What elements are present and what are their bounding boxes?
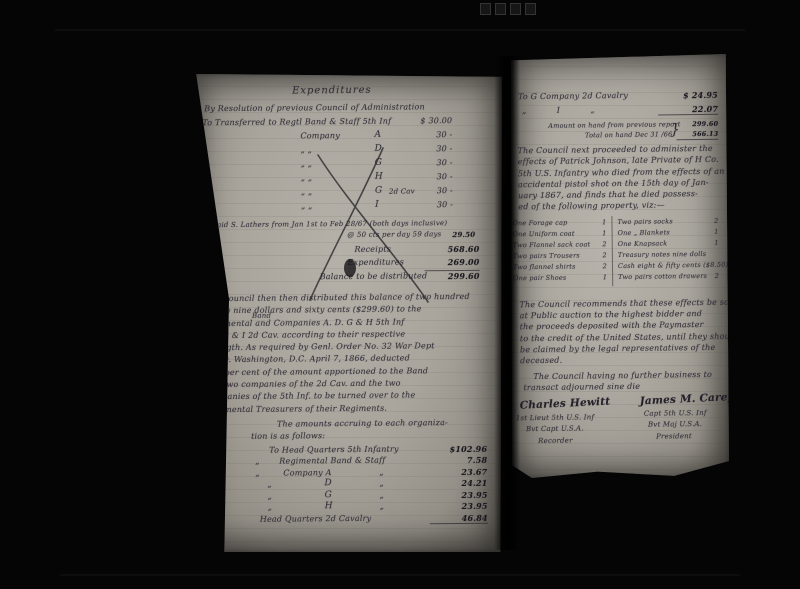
signature-rank: 1st Lieut 5th U.S. Inf (516, 414, 594, 422)
signature-name: Charles Hewitt (519, 397, 610, 412)
row-pre: „ (268, 504, 272, 512)
row-pre: „ „ (301, 160, 313, 168)
row-amount: $102.96 (429, 445, 487, 454)
film-sprocket-marks (480, 3, 536, 15)
film-frame-mark-icon (495, 3, 506, 15)
signature-name: James M. Carey (639, 392, 734, 407)
intro-line: By Resolution of previous Council of Adm… (204, 103, 425, 113)
inventory-qty: 1 (706, 229, 719, 236)
ledger-row: „ „ G 2d Cav 30 - (188, 73, 500, 76)
administration-paragraph: The Council next proceeded to administer… (518, 145, 721, 215)
inventory-qty: 2 (705, 218, 718, 225)
inventory-item: One pair Shoes (513, 275, 566, 282)
row-label: To Head Quarters 5th Infantry (269, 446, 399, 455)
film-frame-edge-bottom (60, 574, 740, 576)
inventory-divider-line (611, 216, 613, 286)
inventory-item: One Uniform coat (513, 231, 575, 238)
inventory-item: Two flannel shirts (513, 264, 576, 271)
row-pre: „ (255, 470, 259, 478)
film-frame-mark-icon (510, 3, 521, 15)
row-amount: $ 30.00 (388, 117, 452, 126)
ledger-row: „ „ I 30 - (188, 73, 500, 76)
row-amount: 30 - (401, 201, 453, 209)
inventory-item: Two pairs cotton drawers (618, 273, 707, 281)
row-label: Total on hand Dec 31 /66 (548, 131, 672, 139)
row-pre: „ (255, 458, 259, 466)
row-label: Amount on hand from previous report (548, 121, 672, 129)
ledger-row: „ I „ 22.07 (507, 53, 726, 56)
signature-title: President (656, 433, 692, 440)
inventory-row: Two Flannel sack coat 2 One Knapsack 1 (507, 53, 726, 56)
adjournment-line: The Council having no further business t… (533, 371, 712, 381)
accruing-intro-line: The amounts accruing to each organiza- (277, 419, 448, 428)
inventory-qty: 1 (593, 219, 606, 226)
signature-brevet: Bvt Capt U.S.A. (526, 425, 584, 433)
row-amount: 29.50 (421, 231, 475, 238)
row-post: „ (380, 492, 384, 500)
row-label: To G Company 2d Cavalry (518, 92, 628, 101)
inventory-row: One pair Shoes 1 Two pairs cotton drawer… (507, 53, 726, 56)
ledger-row: To G Company 2d Cavalry $ 24.95 (507, 53, 726, 56)
company-letter: G (375, 159, 382, 168)
ledger-page-right: To G Company 2d Cavalry $ 24.95 „ I „ 22… (510, 54, 729, 478)
inventory-row: One Uniform coat 1 One „ Blankets 1 (507, 53, 726, 56)
accruing-row: „ H „ 23.95 (188, 73, 500, 76)
accruing-row: „ Regimental Band & Staff 7.58 (188, 73, 500, 76)
row-amount: 566.13 (676, 131, 718, 140)
row-post: „ (380, 503, 384, 511)
book-gutter-shadow (494, 56, 520, 550)
balance-row: Amount on hand from previous report 299.… (507, 53, 726, 56)
ledger-row: „ „ H 30 - (188, 73, 500, 76)
row-label: „ I „ (522, 106, 609, 115)
brace-glyph: } (670, 122, 680, 137)
company-letter: H (325, 502, 333, 511)
inventory-item: One „ Blankets (618, 229, 670, 236)
row-amount: 22.07 (658, 105, 718, 116)
row-amount: 30 - (401, 187, 453, 195)
row-label: Expenditures (348, 258, 405, 266)
adjournment-line: transact adjourned sine die (523, 383, 640, 392)
inventory-item: Treasury notes nine dolls (618, 251, 707, 259)
company-letter: G (375, 187, 382, 196)
accruing-row: Head Quarters 2d Cavalry 46.84 (188, 73, 500, 76)
ledger-page-left: Expenditures By Resolution of previous C… (190, 74, 502, 552)
paragraph-line: deceased. (520, 355, 722, 369)
row-amount: 23.95 (430, 502, 488, 511)
row-pre: „ „ (301, 202, 313, 210)
accruing-row: To Head Quarters 5th Infantry $102.96 (188, 73, 500, 76)
ledger-row: „ „ G 30 - (188, 73, 500, 76)
row-pre: „ „ (301, 174, 313, 182)
company-letter: D (324, 479, 332, 488)
paragraph-line: Regimental Treasurers of their Regiments… (205, 403, 495, 418)
company-letter: A (374, 131, 381, 140)
inventory-item: Two Flannel sack coat (513, 241, 591, 248)
accruing-intro-line: tion is as follows: (251, 432, 325, 441)
accruing-row: „ D „ 24.21 (188, 73, 500, 76)
inventory-row: Two pairs Trousers 2 Treasury notes nine… (507, 53, 726, 56)
section-heading: Expenditures (292, 86, 372, 97)
row-amount: 7.58 (429, 456, 487, 465)
row-pre: „ „ (301, 188, 313, 196)
row-amount: 23.67 (429, 468, 487, 477)
row-label: Company A (283, 469, 331, 477)
ledger-row: Company A 30 - (188, 73, 500, 76)
inventory-qty: 2 (594, 252, 607, 259)
row-amount: 23.95 (430, 491, 488, 500)
summary-row: Expenditures 269.00 (188, 73, 500, 76)
ledger-row: @ 50 cts per day 59 days 29.50 (188, 73, 500, 76)
inventory-item: One Knapsack (618, 240, 668, 247)
signature-brevet: Bvt Maj U.S.A. (648, 421, 702, 429)
row-amount: 46.84 (430, 514, 488, 525)
company-letter: G (325, 491, 332, 500)
inventory-row: Two flannel shirts 2 Cash eight & fifty … (507, 53, 726, 56)
inventory-qty: 1 (594, 274, 607, 281)
inventory-qty: 2 (706, 273, 719, 280)
ledger-row: „ „ D 30 - (188, 73, 500, 76)
inserted-word: Band (252, 313, 271, 320)
inventory-item: One Forage cap (512, 220, 567, 227)
inventory-row: One Forage cap 1 Two pairs socks 2 (507, 53, 726, 56)
signature-title: Recorder (538, 438, 573, 445)
row-label: Regimental Band & Staff (279, 457, 385, 466)
signature-block-recorder: Charles Hewitt 1st Lieut 5th U.S. Inf Bv… (507, 53, 726, 56)
balance-row: Total on hand Dec 31 /66 566.13 (507, 53, 726, 56)
inventory-qty: 2 (594, 263, 607, 270)
row-amount: 30 - (401, 145, 453, 153)
company-letter: I (375, 201, 379, 210)
distribution-paragraph: The Council then then distributed this b… (204, 293, 495, 418)
row-label: Head Quarters 2d Cavalry (260, 515, 372, 524)
company-letter: H (375, 173, 383, 182)
row-pre: „ (267, 481, 271, 489)
paid-line: To paid S. Lathers from Jan 1st to Feb 2… (201, 220, 447, 229)
inventory-item: Cash eight & fifty cents ($8.50) (618, 262, 728, 270)
row-label: To Transferred to Regtl Band & Staff 5th… (202, 118, 391, 128)
row-pre: „ „ (301, 146, 313, 154)
film-scan-stage: Expenditures By Resolution of previous C… (0, 0, 800, 589)
company-letter: D (375, 145, 383, 154)
accruing-row: „ G „ 23.95 (188, 73, 500, 76)
row-amount: 30 - (400, 131, 452, 139)
row-post: „ (379, 469, 383, 477)
row-label: Balance to be distributed (320, 272, 428, 281)
row-pre: Company (300, 132, 340, 140)
paragraph-line: ed of the following property, viz:— (518, 201, 720, 215)
inventory-item: Two pairs Trousers (513, 252, 580, 259)
summary-row: Balance to be distributed 299.60 (188, 73, 500, 76)
film-frame-mark-icon (525, 3, 536, 15)
inventory-item: Two pairs socks (617, 218, 673, 225)
row-amount: 269.00 (425, 258, 480, 266)
row-amount: 568.60 (424, 245, 479, 253)
row-amount: $ 24.95 (658, 91, 718, 100)
film-frame-edge-top (55, 29, 745, 31)
row-amount: 30 - (401, 159, 453, 167)
row-amount: 24.21 (429, 479, 487, 488)
row-label: Receipts (354, 246, 391, 254)
inventory-qty: 1 (594, 230, 607, 237)
accruing-row: „ Company A „ 23.67 (188, 73, 500, 76)
sale-recommendation-paragraph: The Council recommends that these effect… (519, 299, 722, 369)
signature-block-president: James M. Carey Capt 5th U.S. Inf Bvt Maj… (507, 53, 726, 56)
row-pre: „ (268, 493, 272, 501)
row-amount: 299.60 (676, 121, 718, 128)
summary-row: Receipts 568.60 (188, 73, 500, 76)
inventory-qty: 1 (706, 240, 719, 247)
ledger-row: To Transferred to Regtl Band & Staff 5th… (188, 73, 500, 76)
row-post: „ (379, 480, 383, 488)
inventory-qty: 2 (594, 241, 607, 248)
row-amount: 30 - (401, 173, 453, 181)
signature-rank: Capt 5th U.S. Inf (644, 410, 707, 418)
row-amount: 299.60 (425, 270, 480, 280)
film-frame-mark-icon (480, 3, 491, 15)
